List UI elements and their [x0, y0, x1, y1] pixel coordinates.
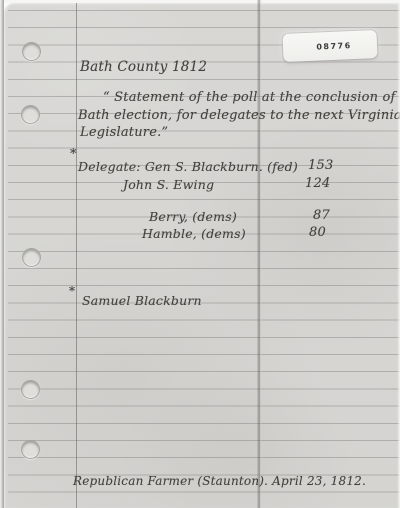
poll-row-name: Berry, (dems)	[149, 209, 237, 224]
quote-line-2: Bath election, for delegates to the next…	[78, 108, 400, 123]
footnote-marker: *	[69, 284, 75, 298]
catalog-label-sticker: 08776	[282, 30, 377, 62]
poll-row-votes: 87	[313, 208, 330, 223]
poll-row-name: Hamble, (dems)	[142, 226, 246, 241]
punch-hole-4	[21, 380, 40, 399]
footnote-marker-inline: *	[70, 147, 77, 162]
source-citation: Republican Farmer (Staunton). April 23, …	[73, 474, 366, 488]
punch-hole-5	[21, 440, 40, 459]
margin-rule-line	[76, 3, 77, 508]
punch-hole-2	[21, 105, 40, 124]
poll-row-votes: 124	[305, 176, 330, 191]
page-crease	[257, 0, 262, 508]
poll-row-votes: 80	[309, 225, 326, 240]
page-title: Bath County 1812	[80, 59, 207, 75]
quote-line-3: Legislature.”	[80, 125, 168, 140]
footnote-text: Samuel Blackburn	[82, 293, 202, 308]
poll-row-name: John S. Ewing	[123, 177, 214, 192]
poll-row-name: Delegate: Gen S. Blackburn. (fed)	[78, 159, 298, 174]
punch-hole-3	[22, 248, 41, 267]
notebook-page	[4, 3, 400, 508]
quote-line-1: “ Statement of the poll at the conclusio…	[103, 90, 396, 105]
ruled-lines	[8, 10, 400, 508]
punch-hole-1	[22, 42, 41, 61]
catalog-number: 08776	[316, 41, 352, 52]
poll-row-votes: 153	[308, 158, 333, 173]
